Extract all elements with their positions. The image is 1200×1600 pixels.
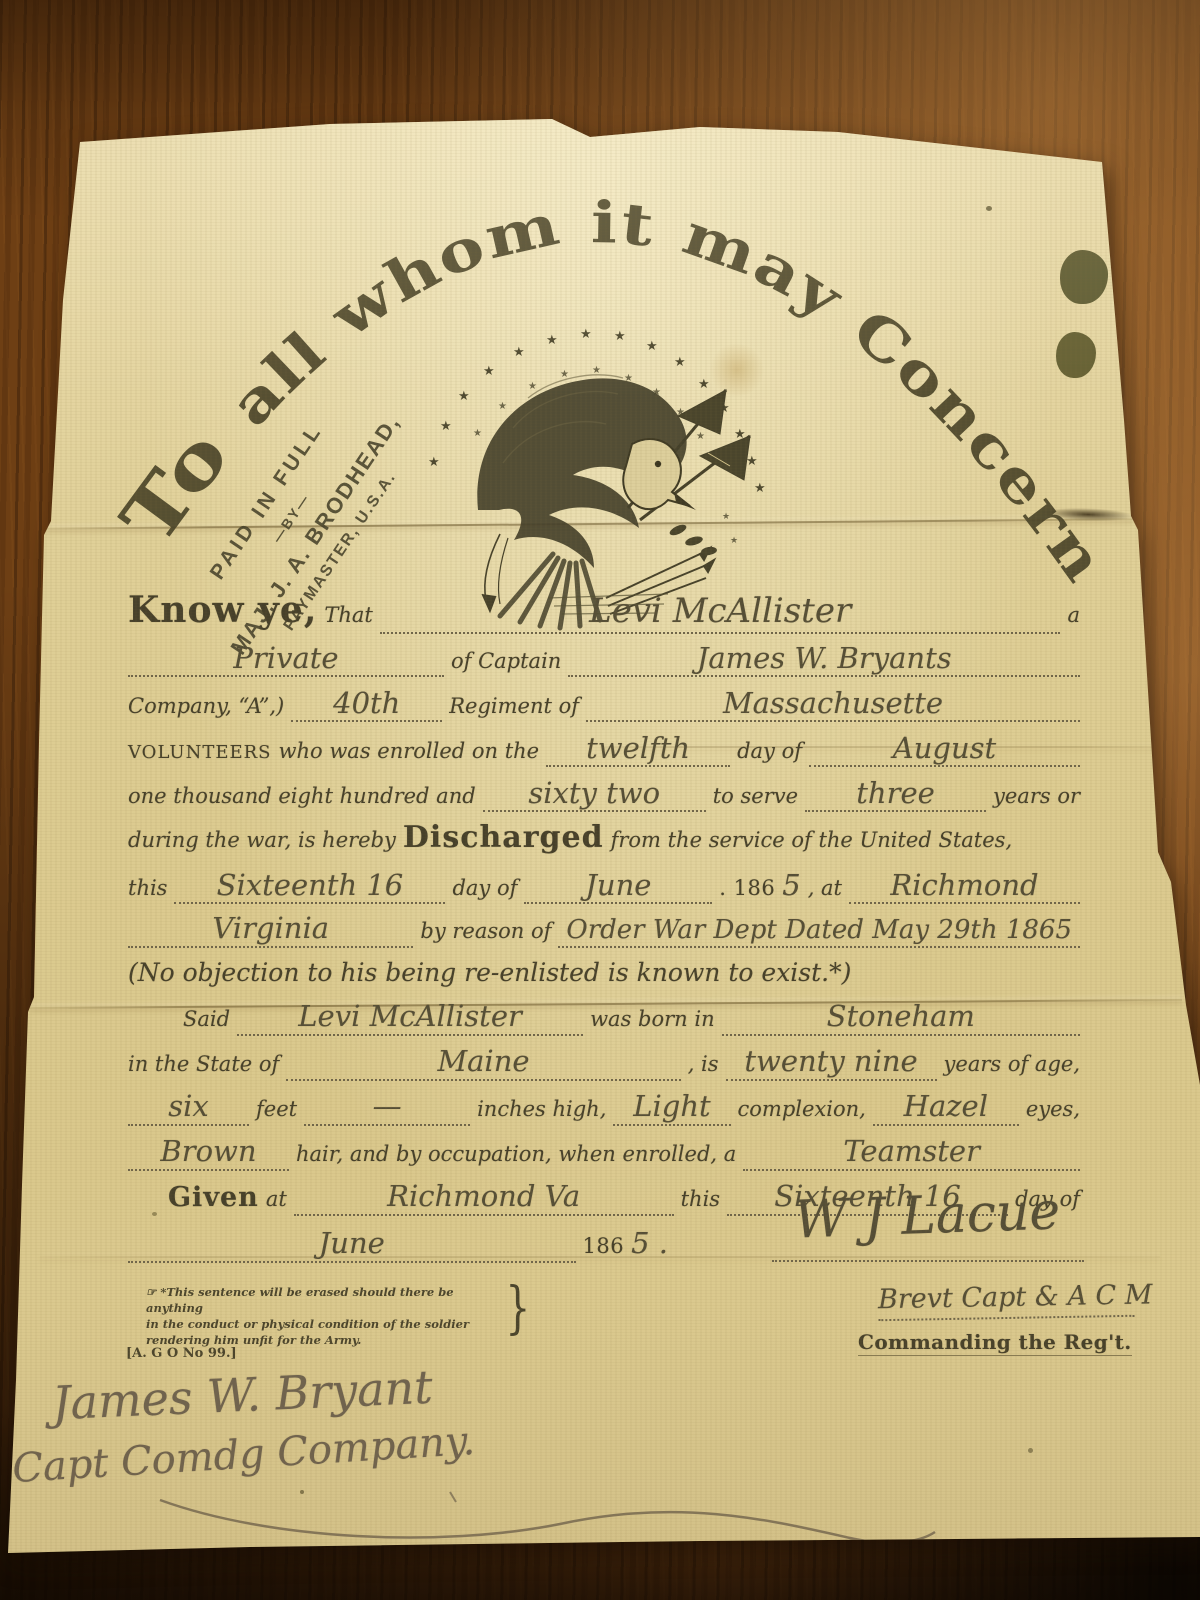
form-number: [A. G O No 99.] — [126, 1346, 237, 1361]
years-of-age-label: years of age, — [944, 1052, 1080, 1076]
field-hair: Brown — [160, 1134, 256, 1168]
row-year-serve: one thousand eight hundred and sixty two… — [128, 778, 1080, 814]
field-rank: Private — [233, 641, 338, 675]
footnote-block: ☞ *This sentence will be erased should t… — [146, 1284, 502, 1348]
a-label: a — [1067, 603, 1080, 627]
signature-line — [772, 1260, 1084, 1262]
pointing-hand-icon: ☞ — [146, 1285, 156, 1299]
of-captain-label: of Captain — [451, 649, 561, 673]
star-icon: ★ — [513, 345, 525, 360]
born-in-label: was born in — [590, 1007, 715, 1031]
footnote-brace: } — [505, 1276, 530, 1341]
field-birth-state: Maine — [437, 1044, 529, 1078]
field-regiment-state: Massachusette — [723, 686, 943, 720]
eagle-engraving: ★★ ★★ ★★ ★★ ★★ ★★ ★★ ★ ★★ ★★ ★★ ★★ ★★ ★★ — [378, 298, 802, 632]
footnote-line1: *This sentence will be erased should the… — [146, 1285, 454, 1315]
company-label: Company, “A”,) — [128, 694, 284, 718]
pencil-signature-name: James W. Bryant — [51, 1360, 434, 1431]
olive-branch — [668, 523, 717, 557]
discharge-certificate-paper: To all whom it may Concern: PAID IN FULL… — [0, 0, 1200, 1600]
one-thousand-label: one thousand eight hundred and — [128, 784, 476, 808]
field-eyes: Hazel — [904, 1089, 988, 1123]
know-ye-label: Know ye, — [128, 592, 317, 628]
eagle-beak — [674, 492, 696, 510]
star-icon: ★ — [746, 454, 758, 469]
star-icon: ★ — [483, 364, 495, 379]
certificate-form-body: Know ye, That Levi McAllister a Private … — [128, 592, 1080, 1272]
wood-table-background: To all whom it may Concern: PAID IN FULL… — [0, 0, 1200, 1600]
row-enrolled: VOLUNTEERS who was enrolled on the twelf… — [128, 733, 1080, 769]
hair-label: hair, and by occupation, when enrolled, … — [296, 1142, 736, 1166]
star-icon: ★ — [546, 333, 558, 348]
field-soldier-name: Levi McAllister — [589, 591, 851, 631]
year-printed-prefix: . 186 — [719, 876, 775, 900]
complexion-label: complexion, — [738, 1097, 866, 1121]
said-label: Said — [183, 1007, 230, 1031]
eagle-body — [477, 375, 696, 568]
this-label: this — [128, 876, 167, 900]
at-label: at — [266, 1187, 287, 1211]
row-hair-occupation: Brown hair, and by occupation, when enro… — [128, 1136, 1080, 1172]
star-icon: ★ — [674, 355, 686, 370]
pencil-flourish — [120, 1462, 960, 1562]
star-icon: ★ — [458, 389, 470, 404]
star-icon: ★ — [580, 327, 592, 342]
field-occupation: Teamster — [843, 1134, 980, 1168]
row-rank-captain: Private of Captain James W. Bryants — [128, 643, 1080, 679]
row-company-regiment: Company, “A”,) 40th Regiment of Massachu… — [128, 688, 1080, 724]
day-of-label2: day of — [452, 876, 517, 900]
this-label2: this — [681, 1187, 720, 1211]
row-state-reason: Virginia by reason of Order War Dept Dat… — [128, 913, 1080, 949]
row-no-objection: (No objection to his being re-enlisted i… — [128, 958, 1080, 994]
row-height-complexion: six feet — inches high, Light complexion… — [128, 1091, 1080, 1127]
inches-high-label: inches high, — [477, 1097, 606, 1121]
star-icon: ★ — [698, 377, 710, 392]
no-objection-text: (No objection to his being re-enlisted i… — [128, 958, 851, 987]
field-enroll-month: August — [893, 731, 996, 765]
star-icon: ★ — [646, 339, 658, 354]
field-captain-name: James W. Bryants — [697, 641, 952, 675]
field-discharge-day: Sixteenth 16 — [217, 868, 404, 902]
officer-signature: W J Lacue — [767, 1180, 1087, 1251]
row-discharged: during the war, is hereby Discharged fro… — [128, 823, 1080, 859]
star-icon: ★ — [754, 481, 766, 496]
field-given-place: Richmond Va — [387, 1179, 580, 1213]
field-soldier-name2: Levi McAllister — [298, 999, 522, 1033]
field-enroll-year-words: sixty two — [528, 776, 660, 810]
by-reason-label: by reason of — [420, 919, 551, 943]
officer-title-handwritten: Brevt Capt & A C M — [878, 1280, 1135, 1321]
field-discharge-state: Virginia — [212, 911, 329, 945]
comma-at-label: , at — [808, 876, 842, 900]
in-state-of-label: in the State of — [128, 1052, 279, 1076]
row-discharge-date: this Sixteenth 16 day of June . 186 5 , … — [128, 868, 1080, 904]
row-given-month: June 186 5 . — [128, 1226, 668, 1262]
years-or-label: years or — [993, 784, 1080, 808]
field-year-digit2: 5 . — [631, 1226, 668, 1260]
field-serve-term: three — [856, 776, 935, 810]
to-serve-label: to serve — [713, 784, 798, 808]
row-know-ye: Know ye, That Levi McAllister a — [128, 592, 1080, 634]
star-icon: ★ — [614, 329, 626, 344]
field-discharge-month: June — [585, 868, 651, 902]
field-height-inches: — — [373, 1089, 402, 1123]
regiment-of-label: Regiment of — [449, 694, 579, 718]
commanding-regt-label: Commanding the Reg't. — [858, 1330, 1132, 1356]
row-state-age: in the State of Maine , is twenty nine y… — [128, 1046, 1080, 1082]
star-icon: ★ — [473, 428, 482, 439]
row-born-in: Said Levi McAllister was born in Stoneha… — [128, 1001, 1080, 1037]
eagle-eye — [655, 461, 661, 467]
day-of-label: day of — [737, 739, 802, 763]
field-complexion: Light — [633, 1089, 710, 1123]
during-war-label: during the war, is hereby — [128, 828, 396, 852]
star-icon: ★ — [722, 512, 730, 522]
field-regiment-number: 40th — [333, 686, 400, 720]
discharged-label: Discharged — [403, 823, 604, 853]
paper-speck — [1028, 1448, 1033, 1453]
from-service-label: from the service of the United States, — [611, 828, 1013, 852]
eyes-label: eyes, — [1026, 1097, 1080, 1121]
star-icon: ★ — [440, 419, 452, 434]
enrolled-on-label: who was enrolled on the — [279, 739, 540, 763]
star-icon: ★ — [528, 381, 537, 392]
field-discharge-place: Richmond — [890, 868, 1038, 902]
star-icon: ★ — [696, 431, 705, 442]
that-label: That — [324, 603, 373, 627]
field-reason: Order War Dept Dated May 29th 1865 — [566, 915, 1072, 945]
field-year-digit: 5 — [782, 868, 800, 902]
comma-is-label: , is — [688, 1052, 719, 1076]
paper-shadow-wrap: To all whom it may Concern: PAID IN FULL… — [0, 0, 1200, 1600]
red-edge-mark — [0, 688, 4, 700]
volunteers-label: VOLUNTEERS — [128, 742, 272, 763]
star-icon: ★ — [428, 455, 440, 470]
field-given-month: June — [319, 1226, 385, 1260]
field-height-feet: six — [168, 1089, 209, 1123]
footnote-line2: in the conduct or physical condition of … — [146, 1317, 469, 1331]
feet-label: feet — [256, 1097, 297, 1121]
field-age: twenty nine — [744, 1044, 917, 1078]
field-birthplace: Stoneham — [827, 999, 975, 1033]
star-icon: ★ — [730, 536, 738, 546]
given-label: Given — [168, 1182, 259, 1213]
year-printed-prefix2: 186 — [583, 1234, 625, 1258]
field-enroll-day: twelfth — [586, 731, 690, 765]
star-icon: ★ — [498, 401, 507, 412]
